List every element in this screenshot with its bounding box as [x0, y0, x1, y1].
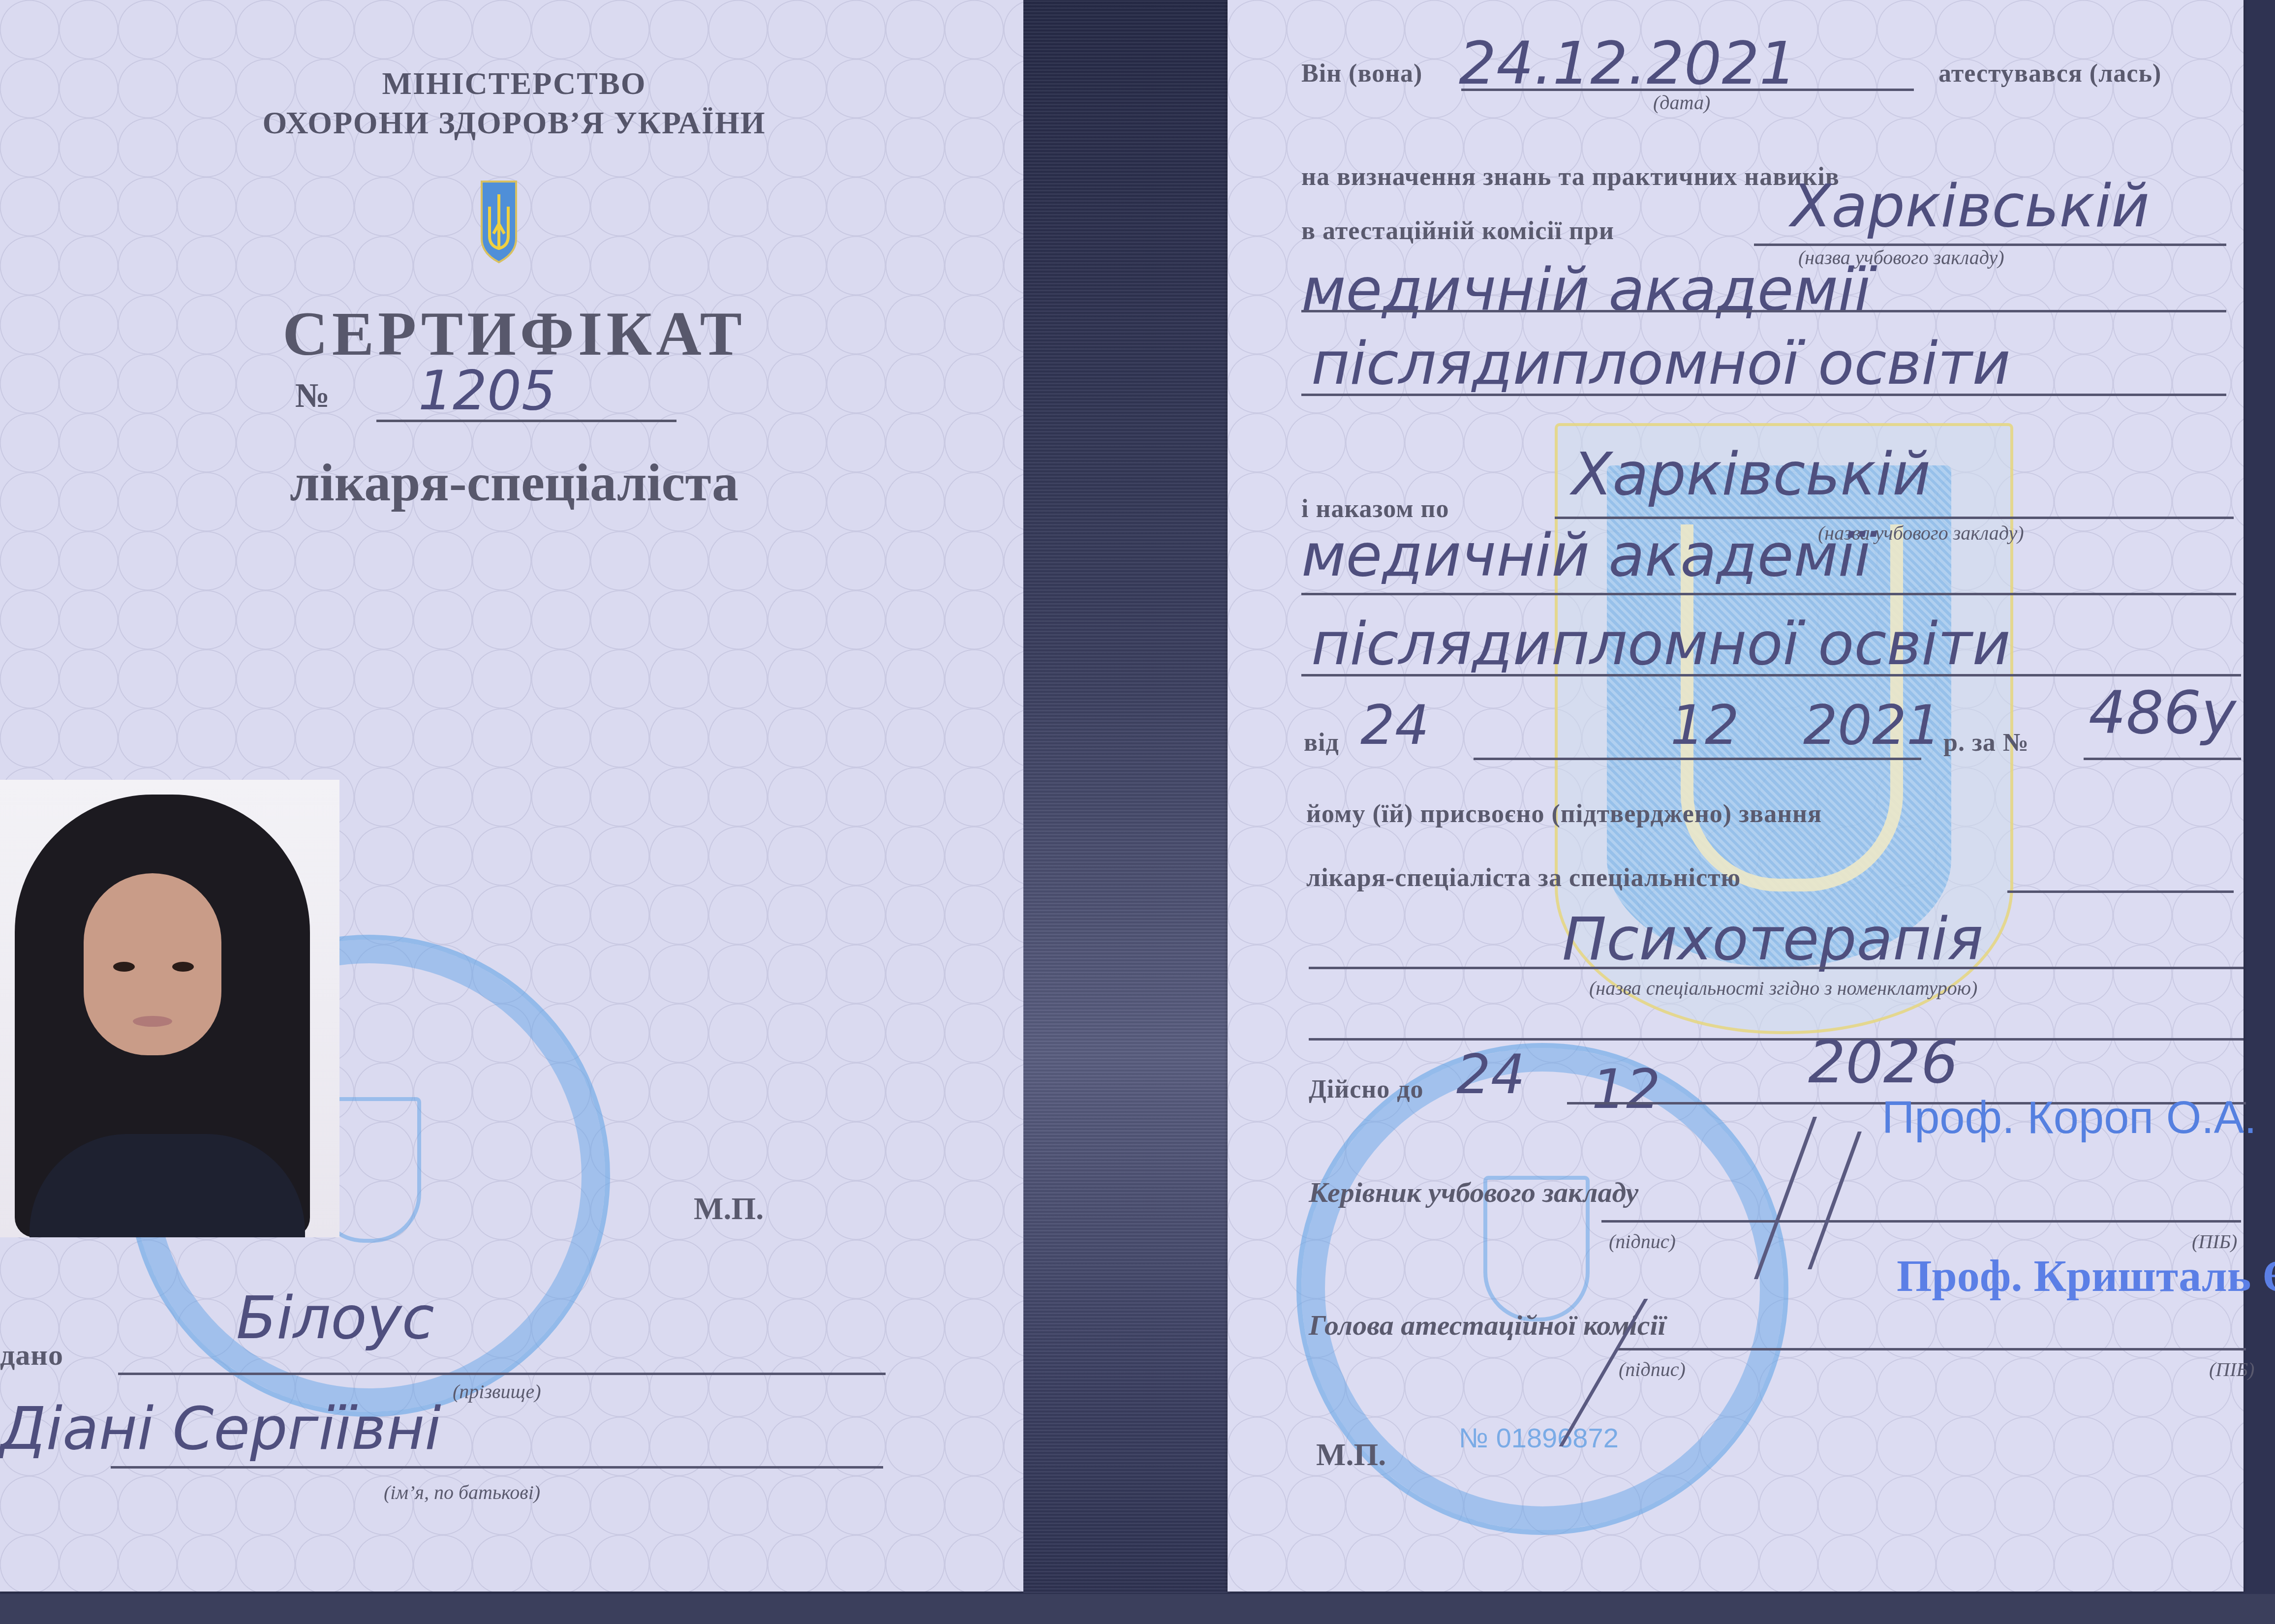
specialty-label: лікаря-спеціаліста за спеціальністю [1306, 863, 1741, 892]
order-number: 486у [2089, 679, 2236, 747]
order-year: 2021 [1803, 694, 1941, 757]
number-label: № [295, 376, 330, 416]
surname-caption: (прізвище) [453, 1380, 541, 1403]
order-from-label: від [1304, 728, 1339, 757]
seal-place-label: М.П. [694, 1191, 764, 1227]
head-signature-stroke [1808, 1132, 1862, 1269]
valid-day: 24 [1456, 1043, 1525, 1106]
certificate-right-page: Він (вона) 24.12.2021 (дата) атестувався… [1228, 0, 2244, 1592]
order-institution-line-1: Харківській [1572, 440, 1931, 509]
order-date-line [1474, 758, 1921, 760]
specialty-extra-line [1309, 1038, 2244, 1041]
seal-place-label-right: М.П. [1316, 1437, 1386, 1473]
date-caption: (дата) [1653, 91, 1710, 114]
chair-fullname-caption: (ПІБ) [2209, 1358, 2254, 1381]
chair-signature-line [1616, 1348, 2246, 1350]
cover-binding [1023, 0, 1230, 1624]
commission-label: в атестаційній комісії при [1301, 216, 1614, 245]
ministry-line-2: ОХОРОНИ ЗДОРОВ’Я УКРАЇНИ [0, 103, 1028, 143]
order-day: 24 [1360, 694, 1429, 757]
institution-line-3-rule [1301, 394, 2226, 396]
certificate-number: 1205 [418, 359, 556, 422]
head-name-stamp: Проф. Короп О.А. [1882, 1092, 2257, 1144]
specialty-caption: (назва спеціальності згідно з номенклату… [1589, 977, 1977, 1000]
order-institution-rule-2 [1301, 593, 2236, 595]
attested-suffix: атестувався (лась) [1938, 59, 2161, 88]
head-signature-caption: (підпис) [1609, 1230, 1676, 1253]
valid-year: 2026 [1808, 1028, 1958, 1097]
surname-value: Білоус [236, 1284, 434, 1352]
assigned-line: йому (їй) присвоєно (підтверджено) званн… [1306, 799, 1822, 828]
chair-signature-caption: (підпис) [1619, 1358, 1686, 1381]
order-month: 12 [1670, 694, 1739, 757]
purpose-line: на визначення знань та практичних навикі… [1301, 162, 1840, 191]
number-line [376, 420, 676, 422]
institution-line-3: післядипломної освіти [1311, 330, 2010, 398]
cover-bottom-edge [0, 1594, 2275, 1624]
order-institution-rule-3 [1301, 674, 2241, 676]
ukraine-trident-icon [480, 180, 518, 264]
order-institution-line-3: післядипломної освіти [1311, 610, 2010, 678]
attested-date: 24.12.2021 [1459, 30, 1797, 98]
institution-line-1: Харківській [1791, 172, 2150, 241]
head-signature-line [1601, 1220, 2241, 1223]
name-line [111, 1466, 883, 1469]
order-institution-line-2: медичній академії [1301, 521, 1871, 590]
certificate-left-page: МІНІСТЕРСТВО ОХОРОНИ ЗДОРОВ’Я УКРАЇНИ СЕ… [0, 0, 1028, 1592]
surname-line [118, 1373, 886, 1375]
head-label: Керівник учбового закладу [1309, 1176, 1638, 1209]
valid-month: 12 [1592, 1058, 1660, 1121]
order-year-suffix: р. за № [1943, 728, 2029, 757]
institution-line-2: медичній академії [1301, 256, 1871, 324]
name-value: Діані Сергіївні [0, 1395, 441, 1463]
name-caption: (ім’я, по батькові) [384, 1481, 540, 1504]
chair-label: Голова атестаційної комісії [1309, 1309, 1666, 1342]
order-institution-rule-1 [1555, 517, 2234, 519]
specialty-label-line [2007, 890, 2234, 893]
stamp-number: № 01896872 [1459, 1422, 1619, 1454]
valid-until-label: Дійсно до [1309, 1075, 1424, 1104]
order-number-line [2084, 758, 2241, 760]
certificate-subtitle: лікаря-спеціаліста [0, 453, 1028, 514]
issued-label: дано [0, 1338, 63, 1372]
holder-photo [0, 780, 339, 1237]
attested-prefix: Він (вона) [1301, 59, 1422, 88]
specialty-value: Психотерапія [1562, 905, 1983, 974]
institution-line-2-rule [1301, 310, 2226, 312]
order-label: і наказом по [1301, 494, 1449, 523]
ministry-line-1: МІНІСТЕРСТВО [0, 64, 1028, 103]
specialty-line [1309, 967, 2244, 969]
chair-name-stamp: Проф. Кришталь Є. [1897, 1250, 2275, 1302]
